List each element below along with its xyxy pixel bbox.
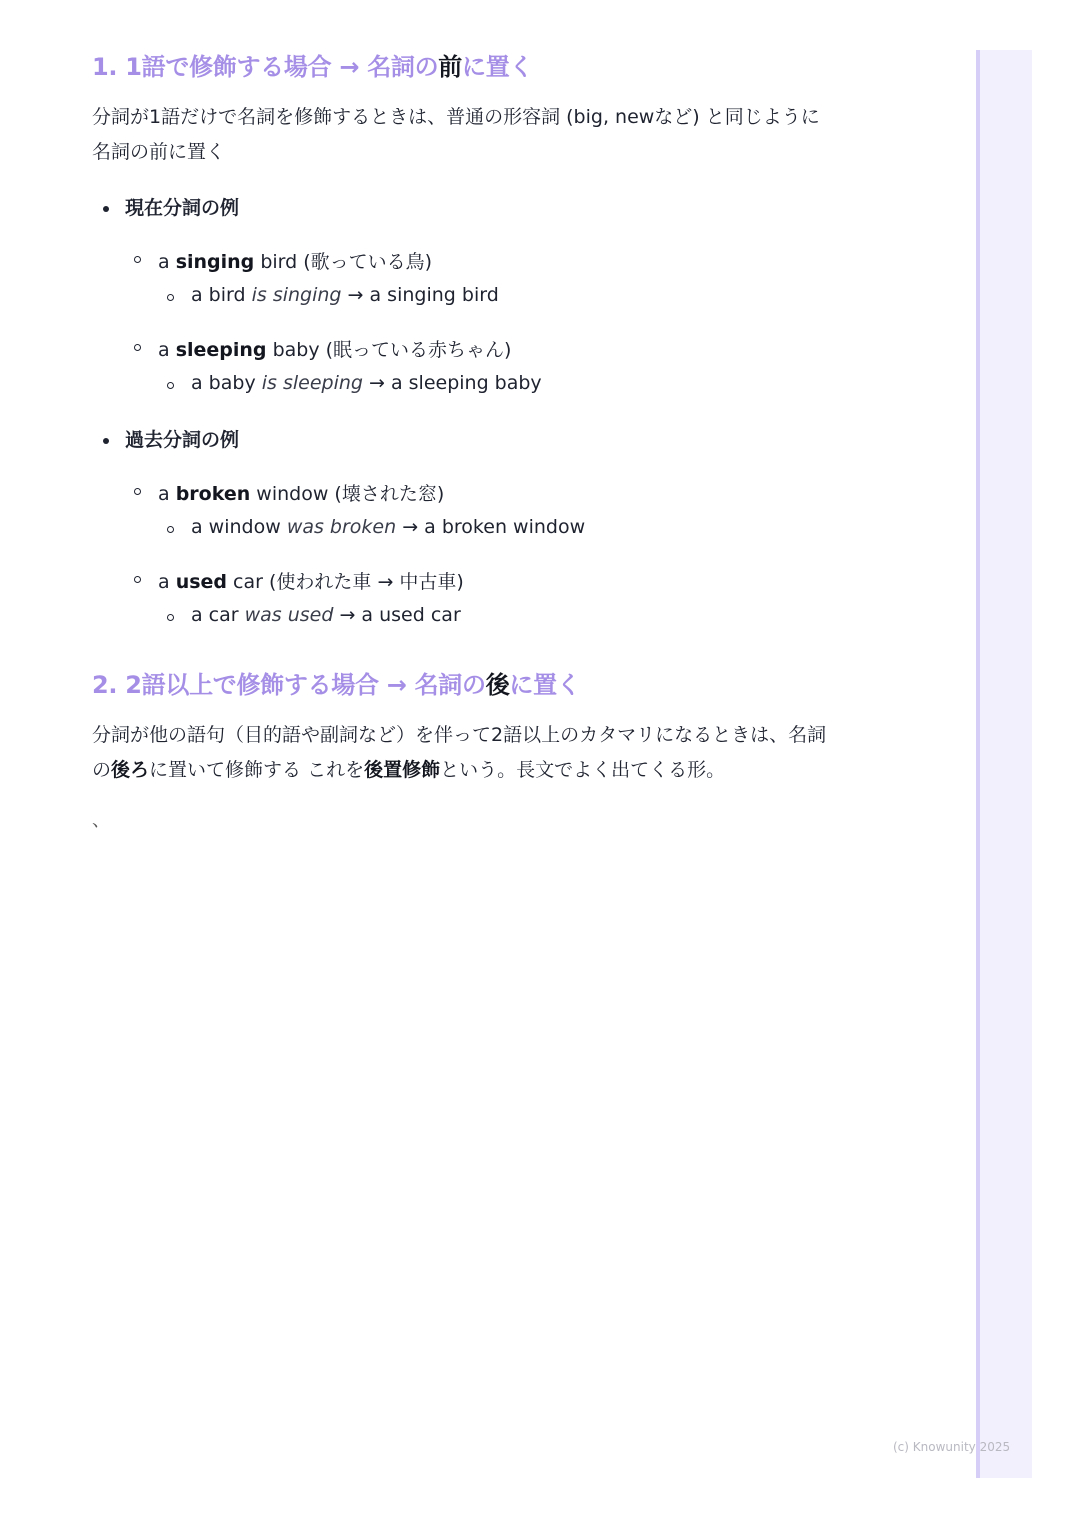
- section-1-intro: 分詞が1語だけで名詞を修飾するときは、普通の形容詞 (big, newなど) と…: [92, 100, 832, 170]
- trailing-mark: 、: [92, 806, 832, 832]
- section-2-heading: 2. 2語以上で修飾する場合 → 名詞の後に置く: [92, 666, 832, 704]
- group-past-participle: 過去分詞の例 a broken window (壊された窓) a window …: [92, 426, 832, 632]
- section-2-body: 分詞が他の語句（目的語や副詞など）を伴って2語以上のカタマリになるときは、名詞の…: [92, 718, 832, 788]
- example-item: a used car (使われた車 → 中古車) a car was used …: [125, 566, 832, 632]
- present-participle-list: 現在分詞の例 a singing bird (歌っている鳥) a bird is…: [92, 194, 832, 400]
- example-item: a singing bird (歌っている鳥) a bird is singin…: [125, 246, 832, 312]
- past-participle-list: 過去分詞の例 a broken window (壊された窓) a window …: [92, 426, 832, 632]
- example-item: a broken window (壊された窓) a window was bro…: [125, 478, 832, 544]
- example-item: a sleeping baby (眠っている赤ちゃん) a baby is sl…: [125, 334, 832, 400]
- group-present-participle: 現在分詞の例 a singing bird (歌っている鳥) a bird is…: [92, 194, 832, 400]
- section-1-heading: 1. 1語で修飾する場合 → 名詞の前に置く: [92, 48, 832, 86]
- side-panel: [976, 50, 1032, 1478]
- document-content: 1. 1語で修飾する場合 → 名詞の前に置く 分詞が1語だけで名詞を修飾するとき…: [92, 48, 832, 832]
- copyright-footer: (c) Knowunity 2025: [893, 1440, 1010, 1454]
